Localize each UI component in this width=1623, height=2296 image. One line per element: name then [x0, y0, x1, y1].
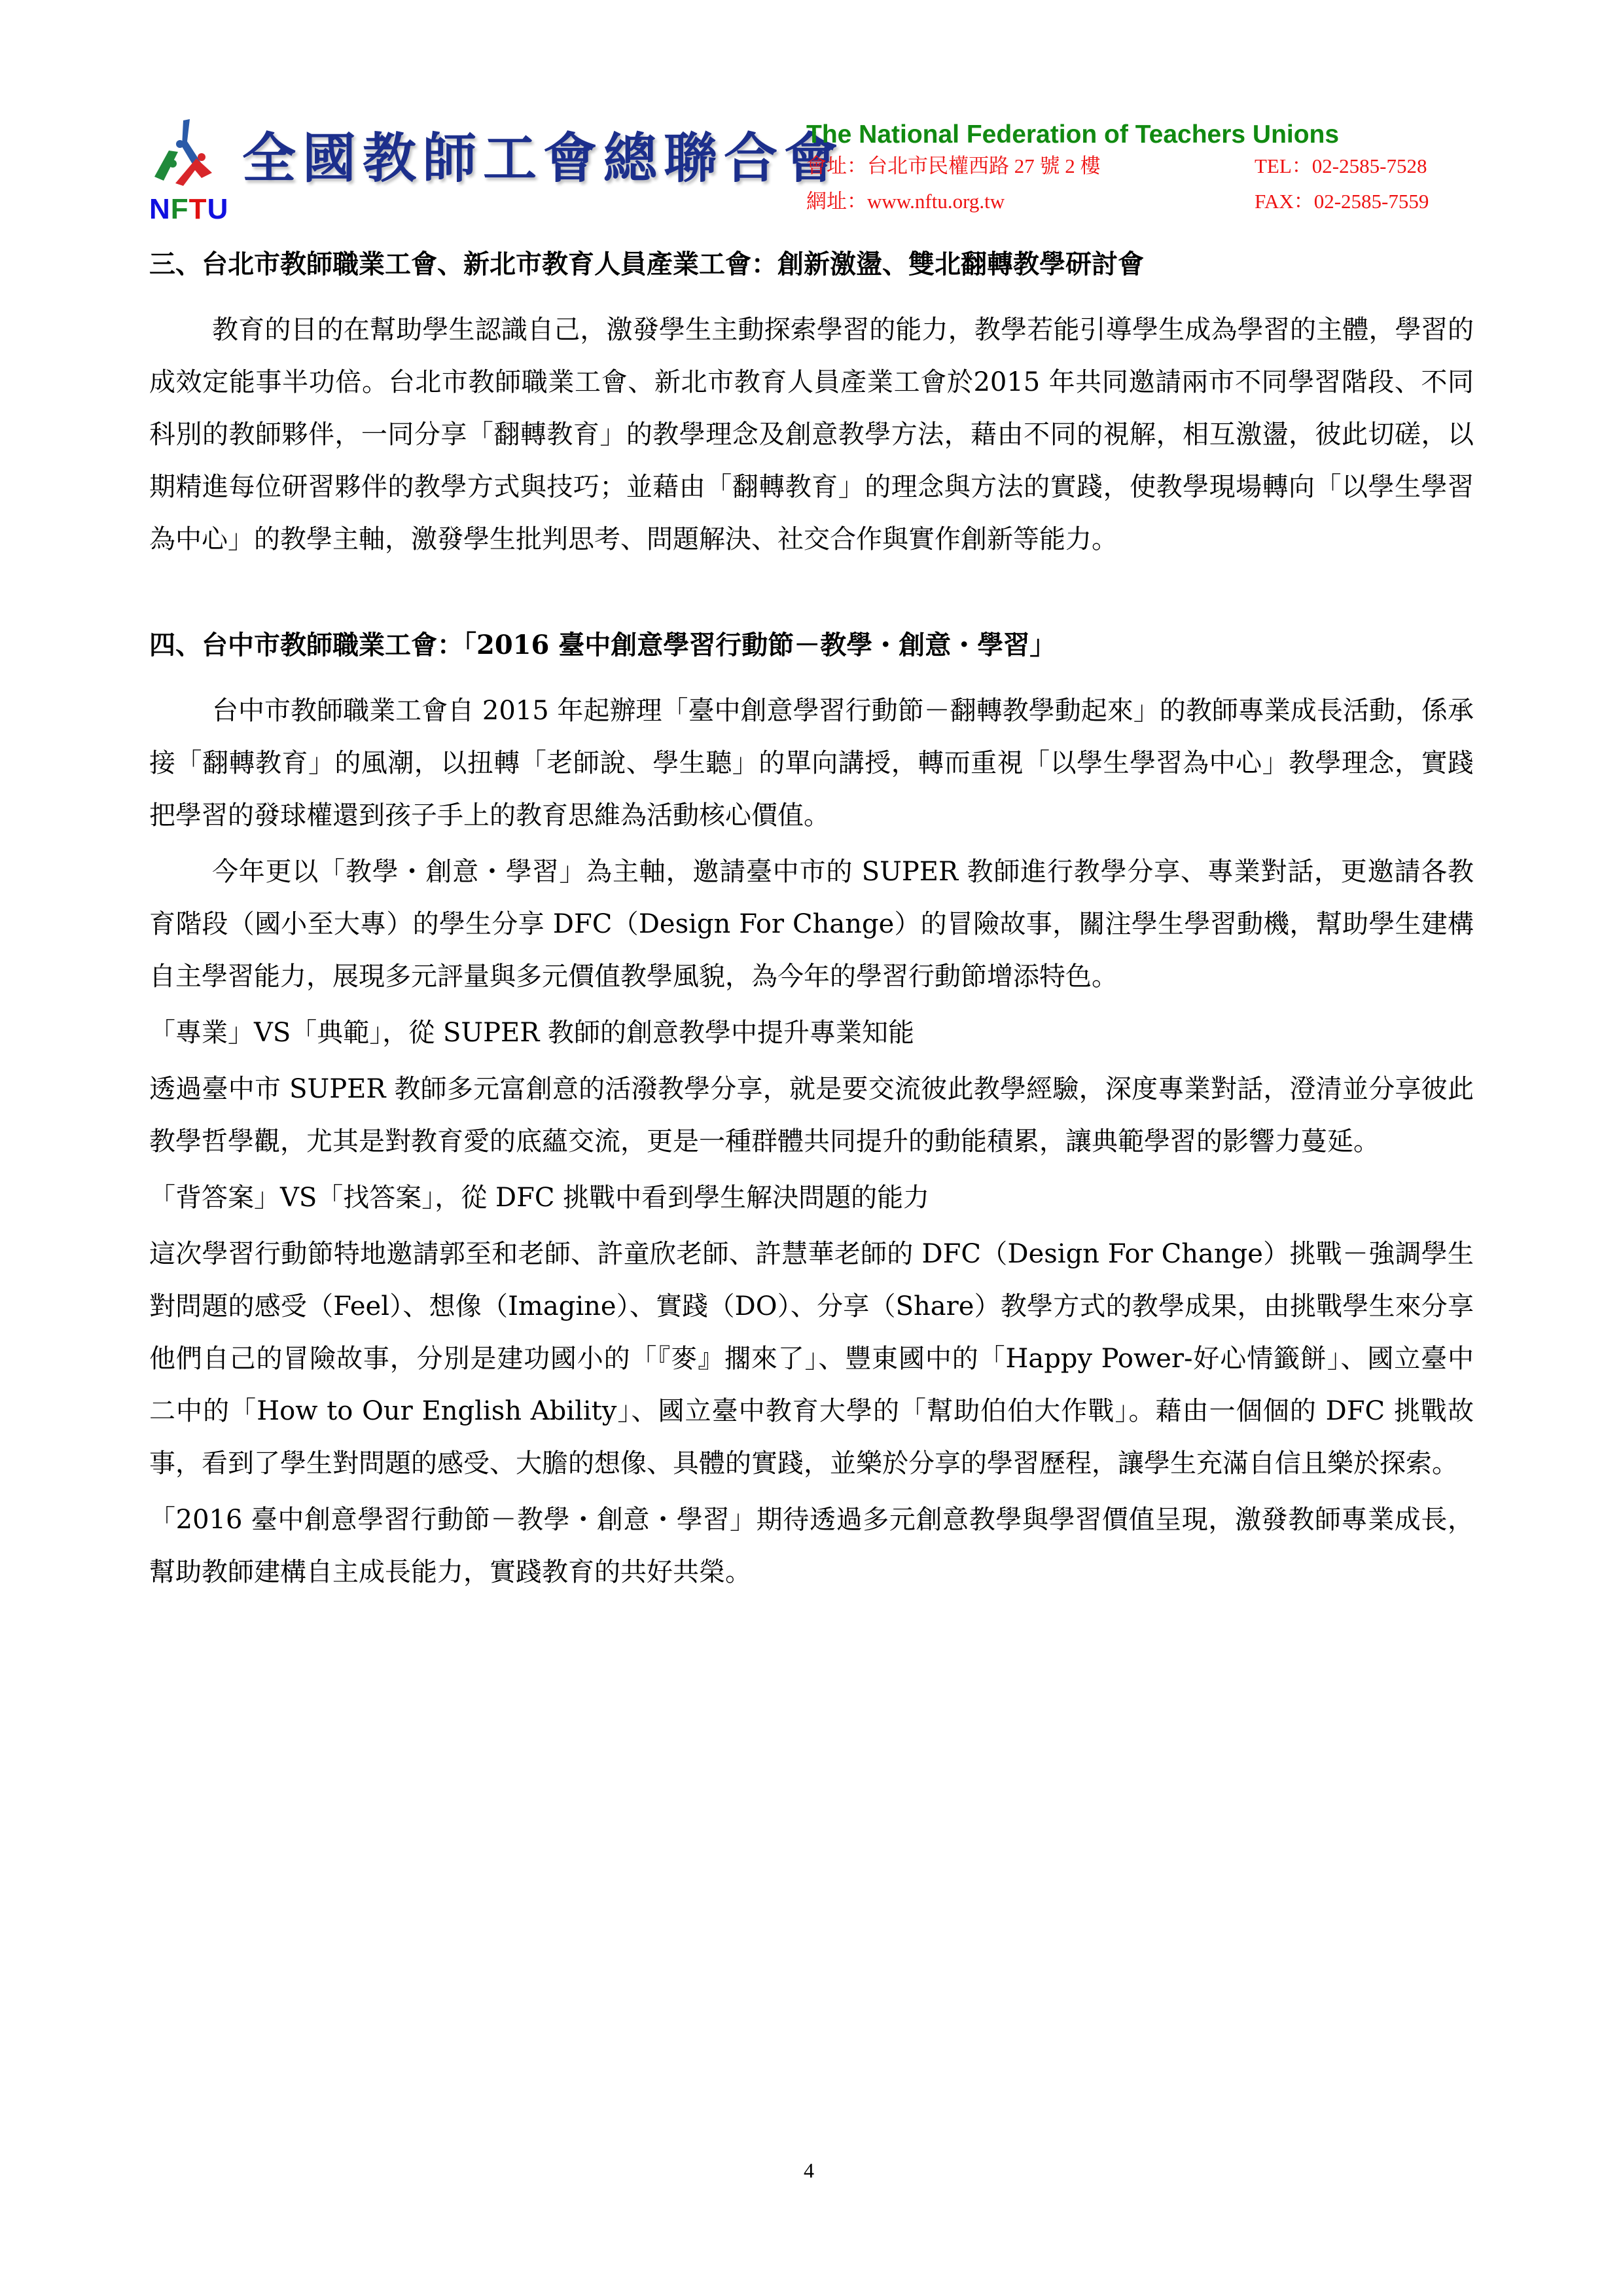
page-number: 4	[804, 2157, 814, 2183]
paragraph-conclusion: 「2016 臺中創意學習行動節－教學・創意・學習」期待透過多元創意教學與學習價值…	[149, 1494, 1474, 1598]
section-4-paragraph-intro: 台中市教師職業工會自 2015 年起辦理「臺中創意學習行動節－翻轉教學動起來」的…	[149, 685, 1474, 842]
letterhead: NFTU 全國教師工會總聯合會 The National Federation …	[0, 0, 1623, 236]
document-body: 三、台北市教師職業工會、新北市教育人員產業工會：創新激盪、雙北翻轉教學研討會 教…	[149, 245, 1474, 1598]
people-emblem-icon	[149, 118, 215, 196]
logo-abbreviation: NFTU	[149, 195, 228, 224]
section-3-paragraph: 教育的目的在幫助學生認識自己，激發學生主動探索學習的能力，教學若能引導學生成為學…	[149, 304, 1474, 565]
subheading-dfc: 「背答案」VS「找答案」，從 DFC 挑戰中看到學生解決問題的能力	[149, 1172, 1474, 1224]
telephone: TEL：02-2585-7528	[1255, 153, 1427, 179]
paragraph-dfc: 這次學習行動節特地邀請郭至和老師、許童欣老師、許慧華老師的 DFC（Design…	[149, 1228, 1474, 1490]
paragraph-super-teachers: 透過臺中市 SUPER 教師多元富創意的活潑教學分享，就是要交流彼此教學經驗，深…	[149, 1063, 1474, 1168]
fax: FAX：02-2585-7559	[1255, 188, 1429, 215]
address: 會址：台北市民權西路 27 號 2 樓	[806, 153, 1101, 179]
subheading-super-teachers: 「專業」VS「典範」，從 SUPER 教師的創意教學中提升專業知能	[149, 1007, 1474, 1059]
nftu-logo: NFTU	[149, 118, 215, 223]
org-name-chinese: 全國教師工會總聯合會	[242, 126, 844, 191]
website[interactable]: 網址：www.nftu.org.tw	[806, 188, 1005, 215]
org-name-english: The National Federation of Teachers Unio…	[806, 120, 1339, 149]
section-4-paragraph-theme: 今年更以「教學・創意・學習」為主軸，邀請臺中市的 SUPER 教師進行教學分享、…	[149, 846, 1474, 1003]
section-heading-3: 三、台北市教師職業工會、新北市教育人員產業工會：創新激盪、雙北翻轉教學研討會	[149, 245, 1474, 284]
section-heading-4: 四、台中市教師職業工會：「2016 臺中創意學習行動節－教學・創意・學習」	[149, 626, 1474, 665]
